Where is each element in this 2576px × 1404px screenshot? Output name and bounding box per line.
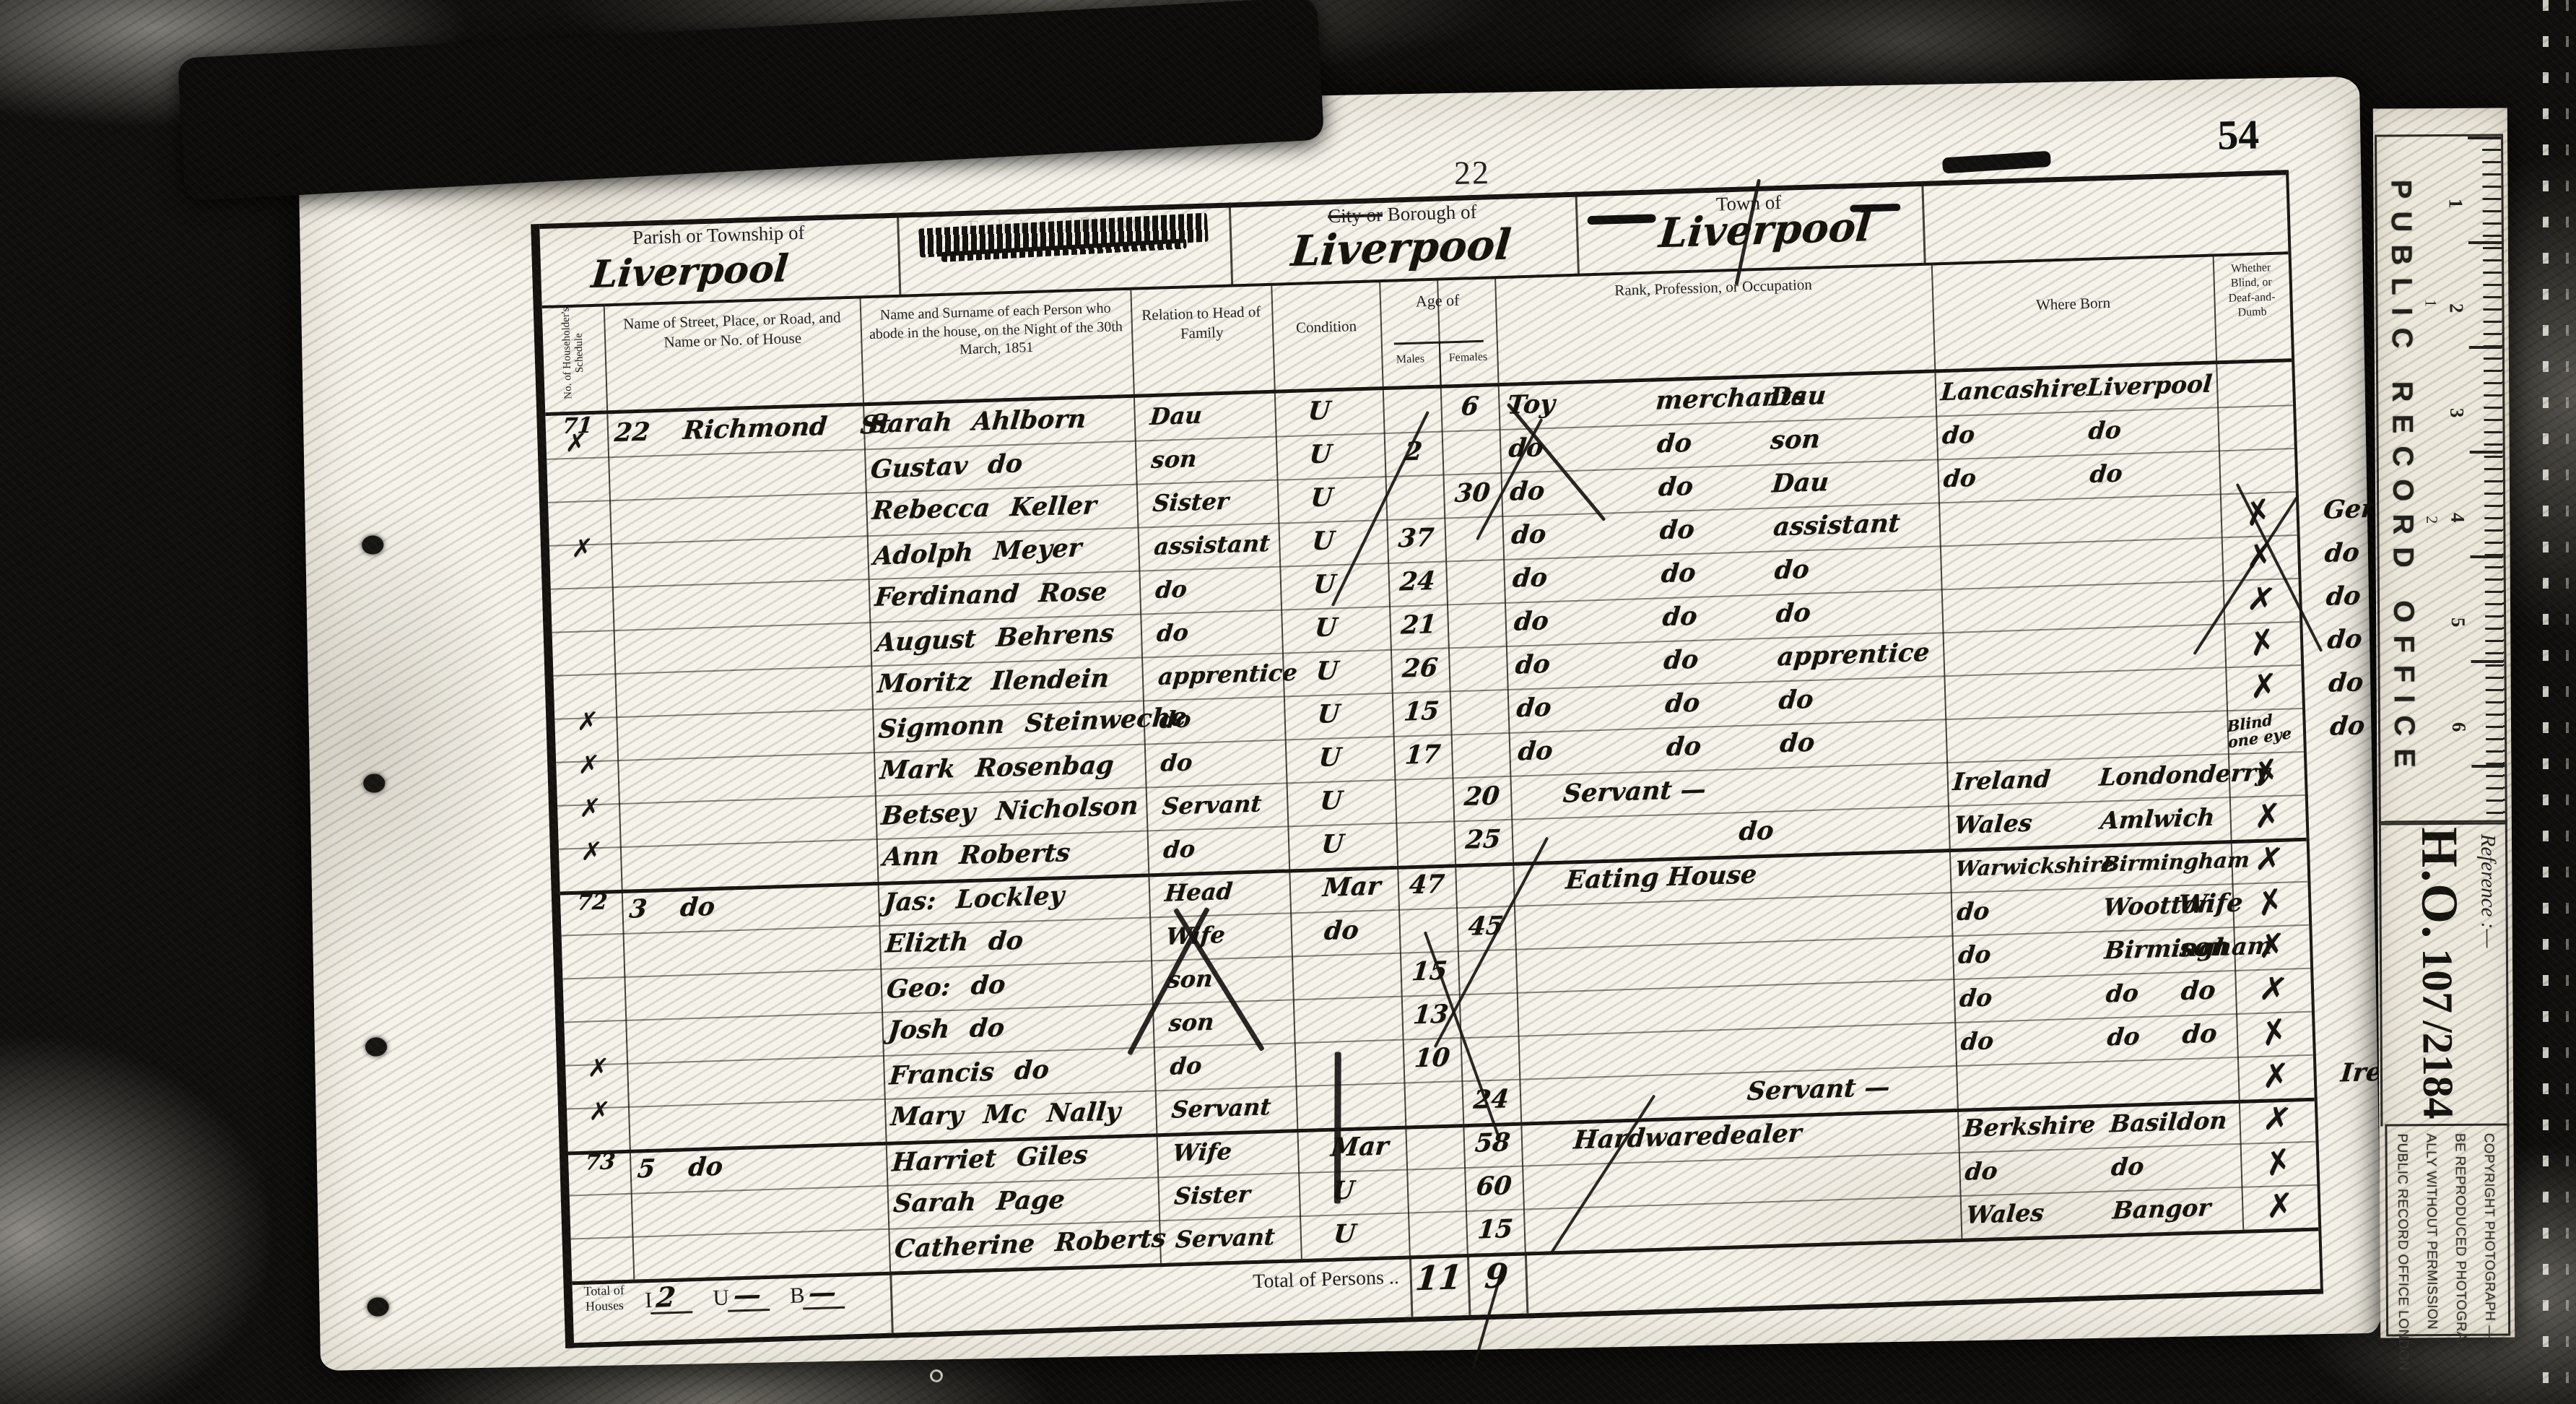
reference-box: Reference :— H.O.107/2184 (2379, 820, 2510, 1126)
total-houses-values: I2U—B— (645, 1275, 898, 1314)
col-occupation-header: Rank, Profession, or Occupation (1494, 264, 1934, 386)
born-word: do (1941, 458, 1977, 500)
cell-schedule-number: 71✗ (544, 413, 609, 459)
occupation-word: do (1658, 510, 1696, 552)
reference-number: H.O.107/2184 (2409, 827, 2471, 1119)
cell-schedule-number (568, 1193, 633, 1239)
occupation-word: do (1510, 514, 1548, 556)
cell-relation: assistant (1136, 522, 1297, 571)
parish-label: Parish or Township of (539, 213, 897, 252)
cell-schedule-number (545, 456, 610, 502)
occupation-word: son (1769, 419, 1822, 461)
film-speck (930, 1369, 943, 1382)
cell-age-female: 6 (1439, 386, 1500, 431)
cell-schedule-number: ✗ (548, 543, 613, 589)
cell-relation: do (1141, 695, 1302, 744)
film-edge-dashes (2566, 0, 2569, 1404)
born-word: do (2088, 453, 2124, 495)
cell-relation: Dau (1132, 392, 1292, 441)
occupation-word: do (1773, 550, 1811, 591)
occupation-word: do (1659, 553, 1697, 595)
public-record-office-label: PUBLIC RECORD OFFICE (2384, 136, 2421, 823)
occupation-word: do (1508, 471, 1546, 513)
col-schedule-header: No. of Householder's Schedule (542, 305, 607, 415)
col-age-females: Females (1439, 350, 1497, 366)
cell-relation: son (1151, 999, 1311, 1047)
cell-relation: do (1143, 739, 1303, 787)
houses-total-value: — (804, 1278, 848, 1310)
cell-relation: Wife (1155, 1128, 1315, 1176)
punch-hole (363, 773, 385, 793)
occupation-word: assistant (1772, 503, 1902, 548)
cell-age-male: 47 (1396, 864, 1457, 909)
born-word: Ireland (1951, 759, 2052, 802)
born-word: Liverpool (2085, 364, 2214, 409)
cell-relation: Sister (1156, 1171, 1316, 1220)
born-word: Berkshire (1962, 1104, 2097, 1149)
borough-box: City or Borough of Liverpool (1229, 192, 1578, 286)
houses-total-value: — (728, 1280, 773, 1312)
ruler-major-ticks (2468, 136, 2505, 823)
struck-out-mark (1942, 151, 2051, 174)
occupation-word: Dau (1770, 462, 1831, 505)
cell-age-male: 15 (1391, 690, 1452, 736)
cell-age-male: 17 (1392, 734, 1453, 779)
pen-dash-mark (1850, 204, 1900, 212)
check-mark: ✗ (2229, 794, 2307, 840)
born-word: do (2110, 1146, 2146, 1188)
copyright-line: PUBLIC RECORD OFFICE LONDON (2387, 1133, 2417, 1334)
born-word: Birmingham (2100, 839, 2251, 885)
folio-number: 54 (2217, 110, 2260, 160)
born-word: do (1941, 415, 1977, 456)
ruler-number-alt: 2 (2422, 516, 2441, 524)
schedule-tally-mark: ✗ (568, 1104, 631, 1120)
ruler-number: 2 (2445, 303, 2467, 313)
cell-schedule-number (551, 630, 616, 675)
cell-age-male (1394, 820, 1455, 866)
cell-schedule-number (562, 976, 627, 1022)
census-table: Parish or Township of Liverpool Ecclesia… (531, 170, 2323, 1348)
born-word: do (1958, 977, 1994, 1019)
cell-age-female (1440, 429, 1502, 474)
cell-age-male: 10 (1401, 1037, 1463, 1083)
scanned-census-page: 22 54 Parish or Township of Liverpool Ec… (0, 0, 2576, 1404)
born-word: do (1955, 890, 1991, 932)
houses-total-item: I2 (645, 1282, 695, 1314)
cell-relation: Servant (1157, 1215, 1318, 1263)
occupation-word: do (1655, 423, 1694, 465)
born-word: Amlwich (2099, 797, 2216, 841)
ruler-number: 3 (2445, 408, 2468, 418)
punch-hole (365, 1037, 387, 1057)
total-females: 9 (1465, 1246, 1528, 1306)
occupation-word: do (1662, 640, 1700, 682)
town-value-handwritten: Liverpool (1657, 203, 1873, 257)
houses-total-label: U (713, 1285, 729, 1311)
cell-age-male: 24 (1386, 560, 1448, 606)
cell-age-male: 26 (1389, 647, 1450, 693)
cell-age-female (1448, 689, 1510, 734)
cell-relation: Head (1146, 869, 1307, 917)
houses-total-item: U— (713, 1280, 772, 1312)
born-word: Warwickshire (1954, 844, 2116, 889)
occupation-word: Toy (1505, 384, 1557, 426)
cell-age-female (1444, 559, 1505, 604)
cell-age-female: 25 (1452, 819, 1513, 864)
cell-schedule-number: ✗ (557, 846, 622, 892)
total-persons-label: Total of Persons .. (883, 1266, 1400, 1305)
check-mark: ✗ (2237, 1135, 2320, 1192)
born-word: do (1959, 1020, 1996, 1062)
schedule-tally-mark: ✗ (560, 844, 623, 860)
cell-age-male: 21 (1388, 604, 1449, 649)
check-mark: ✗ (2241, 1184, 2318, 1230)
copyright-notice: COPYRIGHT PHOTOGRAPH — NOT TOBE REPRODUC… (2385, 1123, 2510, 1336)
occupation-word: apprentice (1775, 633, 1931, 678)
cell-schedule-number (560, 933, 625, 979)
col-born-header: Where Born (1931, 255, 2216, 372)
occupation-word: do (1774, 593, 1812, 635)
check-mark: ✗ (2237, 1054, 2315, 1100)
cell-age-female (1445, 602, 1507, 648)
occupation-word: do (1513, 601, 1551, 643)
cell-age-male: 37 (1385, 517, 1446, 563)
born-word: do (1957, 934, 1993, 976)
check-mark: ✗ (2225, 664, 2302, 710)
pen-stroke (1334, 1052, 1341, 1203)
ruler-number: 5 (2447, 617, 2469, 628)
cell-relation: do (1139, 609, 1299, 657)
cell-schedule-number (570, 1236, 635, 1282)
film-edge-dashes (2543, 0, 2549, 1404)
col-street-header: Name of Street, Place, or Road, and Name… (604, 297, 863, 413)
cell-age-male (1403, 1080, 1464, 1126)
schedule-tally-mark: ✗ (551, 540, 614, 557)
copyright-line: BE REPRODUCED PHOTOGRAPHIC- (2445, 1133, 2475, 1334)
cell-age-female (1453, 862, 1515, 908)
occupation-word: do (1515, 688, 1553, 729)
occupation-word: do (1516, 731, 1554, 773)
total-males: 11 (1407, 1248, 1470, 1308)
cell-age-female: 20 (1451, 776, 1513, 821)
col-condition-header: Condition (1271, 281, 1383, 393)
cell-age-female (1450, 732, 1511, 778)
schedule-tally-mark: ✗ (557, 757, 620, 773)
schedule-tally-mark: ✗ (559, 800, 622, 817)
check-mark: ✗ (2233, 924, 2310, 970)
ruler-number: 1 (2445, 199, 2467, 209)
cell-schedule-number: 72 (559, 890, 624, 935)
cell-age-male (1393, 777, 1455, 823)
occupation-word: do (1661, 597, 1699, 638)
ruler-number: 6 (2447, 722, 2470, 732)
total-houses-label: Total of Houses (574, 1283, 635, 1314)
cell-relation: Servant (1154, 1085, 1314, 1133)
reference-label: Reference :— (2476, 834, 2500, 948)
col-infirmity-header: Whether Blind, or Deaf-and-Dumb (2213, 253, 2292, 363)
born-word: do (2087, 409, 2123, 451)
born-word: do (1963, 1150, 1999, 1192)
houses-total-value: 2 (651, 1282, 696, 1314)
born-word: Wootton (2102, 884, 2217, 928)
occupation-word: do (1777, 680, 1815, 721)
born-word: Lancashire (1939, 368, 2090, 412)
parish-value-handwritten: Liverpool (590, 246, 791, 297)
pen-dash-mark (1587, 214, 1655, 225)
cell-schedule-number (549, 586, 614, 632)
town-box: Town of Liverpool (1575, 181, 1923, 275)
cell-age-female: 58 (1461, 1122, 1523, 1168)
occupation-word: do (1663, 683, 1702, 725)
occupation-word: Dau (1767, 376, 1828, 418)
schedule-tally-mark: ✗ (567, 1060, 630, 1077)
col-relation-header: Relation to Head of Family (1130, 285, 1274, 397)
cell-relation: do (1146, 825, 1306, 874)
cell-infirmity-remark (2214, 361, 2294, 407)
cell-relation: apprentice (1140, 652, 1300, 701)
ruler-number-alt: 1 (2421, 299, 2440, 307)
occupation-word: do (1657, 467, 1695, 508)
cell-relation: Sister (1135, 479, 1295, 527)
cell-age-male (1405, 1167, 1466, 1213)
occupation-word: do (1511, 558, 1549, 599)
cell-relation: son (1133, 435, 1294, 484)
houses-total-item: B— (789, 1278, 847, 1310)
record-office-strip: 12345612 PUBLIC RECORD OFFICE Reference … (2373, 108, 2515, 1338)
occupation-word: do (1665, 727, 1703, 768)
census-paper: 22 54 Parish or Township of Liverpool Ec… (297, 77, 2382, 1371)
photographic-ruler: 12345612 PUBLIC RECORD OFFICE (2375, 134, 2507, 825)
born-word: Wales (1952, 803, 2034, 846)
cell-schedule-number: 73 (567, 1150, 632, 1195)
punch-hole (367, 1297, 388, 1317)
ruler-number: 4 (2446, 513, 2468, 523)
cell-age-male: 15 (1398, 950, 1460, 996)
born-word: do (2104, 973, 2140, 1015)
occupation-word: do (1513, 644, 1552, 686)
schedule-tally-mark: ✗ (557, 714, 619, 730)
punch-hole (362, 535, 383, 555)
born-word: Wales (1964, 1192, 2046, 1236)
parish-box: Parish or Township of Liverpool (539, 213, 899, 307)
schedule-tally-mark: ✗ (544, 435, 607, 451)
cell-age-female (1458, 992, 1519, 1038)
cell-relation: do (1152, 1042, 1313, 1091)
check-mark: ✗ (2222, 534, 2299, 580)
cell-relation: Servant (1144, 782, 1305, 831)
cell-relation: do (1138, 565, 1298, 614)
cell-age-female (1447, 646, 1508, 691)
copyright-line: COPYRIGHT PHOTOGRAPH — NOT TO (2473, 1133, 2504, 1334)
film-page-number: 22 (1454, 153, 1491, 192)
cell-age-male (1404, 1124, 1465, 1169)
col-name-header: Name and Surname of each Person who abod… (859, 289, 1133, 406)
born-word: Basildon (2108, 1100, 2229, 1144)
district-box: Ecclesiastical District of (897, 203, 1231, 296)
born-word: Bangor (2111, 1187, 2213, 1231)
cell-infirmity-remark (2216, 404, 2295, 450)
born-word: do (2105, 1016, 2141, 1058)
col-age-males: Males (1381, 352, 1440, 368)
cell-schedule-number: ✗ (565, 1106, 630, 1152)
borough-value-handwritten: Liverpool (1289, 220, 1513, 276)
cell-age-female: 60 (1463, 1166, 1524, 1211)
copyright-line: ALLY WITHOUT PERMISSION (2416, 1133, 2446, 1334)
cell-relation: Wife (1148, 912, 1308, 961)
cell-age-female (1443, 516, 1504, 561)
occupation-word: do (1778, 723, 1816, 765)
cell-age-male (1381, 388, 1443, 433)
